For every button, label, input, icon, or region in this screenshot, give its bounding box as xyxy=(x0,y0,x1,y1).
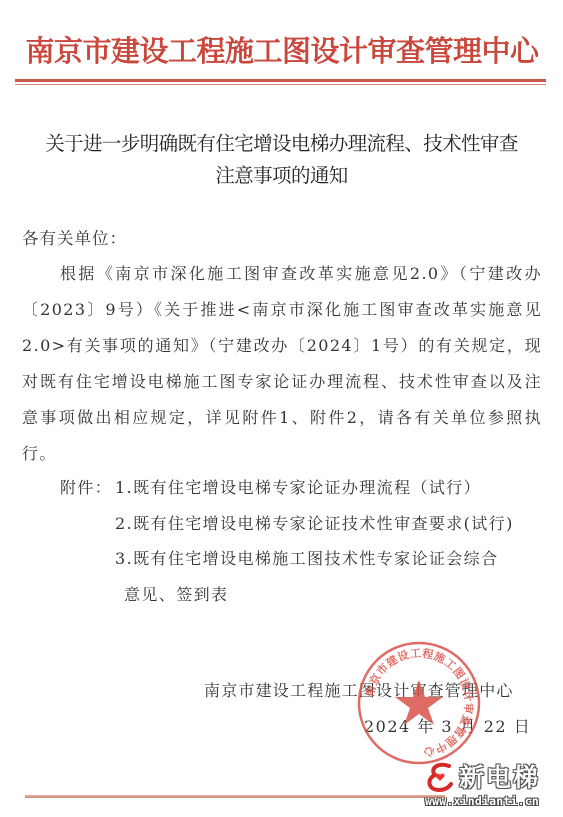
official-seal-icon: 南京市建设工程施工图设计审查管理中心 xyxy=(356,640,482,766)
salutation: 各有关单位： xyxy=(22,228,127,250)
attachment-item-1: 1.既有住宅增设电梯专家论证办理流程（试行） xyxy=(115,470,481,506)
attachment-item-3: 3.既有住宅增设电梯施工图技术性专家论证会综合 xyxy=(115,541,498,577)
watermark-brand: 新电梯 xyxy=(459,758,540,794)
footer-divider xyxy=(25,795,445,798)
title-line-2: 注意事项的通知 xyxy=(10,160,553,192)
masthead-organization: 南京市建设工程施工图设计审查管理中心 xyxy=(18,26,546,76)
brand-mark-icon xyxy=(423,760,457,794)
document-title: 关于进一步明确既有住宅增设电梯办理流程、技术性审查 注意事项的通知 xyxy=(10,128,553,192)
masthead-divider-thin xyxy=(15,84,546,85)
attachment-item-3-continued: 意见、签到表 xyxy=(124,577,228,613)
watermark-logo: 新电梯 www.xindianti.cn xyxy=(423,758,563,816)
watermark-url: www.xindianti.cn xyxy=(425,794,539,808)
attachment-item-2: 2.既有住宅增设电梯专家论证技术性审查要求(试行) xyxy=(115,506,514,542)
title-line-1: 关于进一步明确既有住宅增设电梯办理流程、技术性审查 xyxy=(10,128,553,160)
attachments-label: 附件： xyxy=(60,470,112,506)
masthead-divider-thick xyxy=(15,79,546,82)
body-paragraph: 根据《南京市深化施工图审查改革实施意见2.0》（宁建改办〔2023〕9号）《关于… xyxy=(22,256,542,472)
